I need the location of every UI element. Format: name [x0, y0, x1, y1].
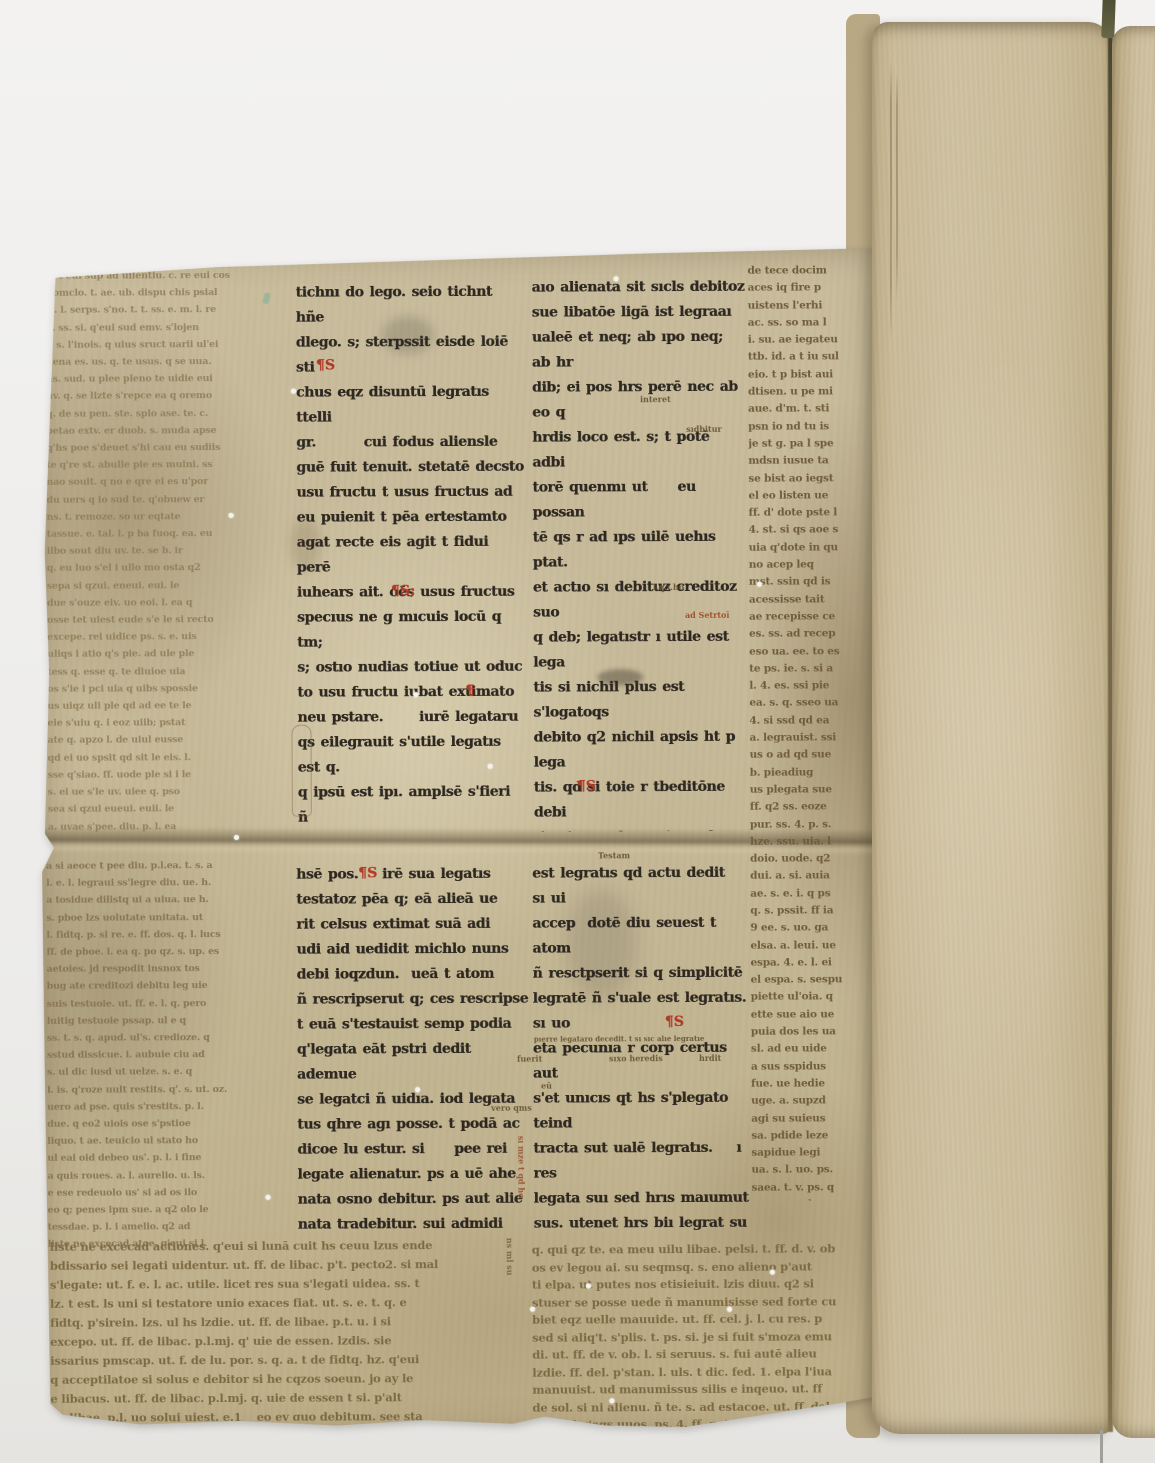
flyleaf-right-edge [1112, 26, 1155, 1438]
main-column-2-lower-text: est legratıs qd actu dedit sı ui accep d… [532, 861, 752, 1240]
marginal-doodle [291, 725, 311, 817]
interlinear-note: eū [541, 1082, 552, 1090]
pinhole [413, 692, 418, 697]
flyleaf-crease-line [896, 72, 898, 302]
parchment-leaf-wrap: n. t eui sup ad uilentiu. c. re eui cos … [39, 248, 878, 1437]
interlinear-note: fuerit [517, 1055, 542, 1063]
manuscript-scan: n. t eui sup ad uilentiu. c. re eui cos … [0, 0, 1155, 1463]
marginal-note-red: ad Setrtoī [685, 611, 729, 619]
rubric-initial: ¶ [465, 684, 474, 698]
main-column-1-lower-text: hsē pos. irē sua legatıs testatoz pēa q;… [296, 862, 530, 1241]
left-gloss-upper-text: n. t eui sup ad uilentiu. c. re eui cos … [45, 267, 293, 834]
pinhole [770, 1270, 775, 1275]
interlinear-note: sıxo heredis [609, 1054, 663, 1062]
rubric-initial: ¶S [316, 359, 335, 373]
pinhole [727, 1307, 732, 1312]
interlinear-note: sıdbitur [686, 425, 722, 433]
binding-tab [1101, 0, 1115, 38]
pinhole [530, 1307, 535, 1312]
pinhole [266, 1195, 271, 1200]
flyleaf-crease-line [890, 60, 892, 340]
pinhole [415, 1087, 420, 1092]
marginal-note: l.q.ı.ho [653, 583, 684, 591]
pinhole [291, 389, 296, 394]
interlinear-note: Testam [598, 851, 630, 859]
right-gloss-text: de tece docim aces iq fire p uistens l'e… [747, 262, 873, 1201]
pinhole [609, 1398, 614, 1403]
pinhole [757, 582, 762, 587]
main-column-2-upper-text: aıo alienata sit sıcls debitoz sue libat… [532, 275, 748, 832]
vertical-marginal-note: ns ml su [506, 1238, 514, 1276]
rubric-initial: ¶S [358, 866, 377, 880]
rubric-initial: ¶S; [391, 584, 415, 598]
vertical-marginal-note: sı mze t qd ho [517, 1136, 525, 1199]
bottom-gloss-left-text: liste ne excecad actiones. q'eui si lunā… [50, 1236, 519, 1422]
interlinear-note: vero qms [491, 1104, 532, 1112]
flyleaf-front [872, 22, 1112, 1434]
pinhole [488, 764, 493, 769]
bottom-gloss-right-text: q. qui qz te. ea meu uilu libae. pelsi. … [532, 1240, 877, 1437]
pinhole [229, 513, 234, 518]
pinhole [234, 835, 239, 840]
left-gloss-lower-text: a si aeoce t pee diu. p.l.ea. t. s. a l.… [46, 857, 296, 1250]
page-edge-line [1100, 1430, 1103, 1463]
parchment-leaf: n. t eui sup ad uilentiu. c. re eui cos … [39, 248, 878, 1437]
rubric-initial: ¶S [665, 1015, 684, 1029]
pinhole [586, 1283, 591, 1288]
interlinear-note: pıerre legataro decedit. t sı sıc alıe l… [534, 1035, 774, 1043]
pinhole [614, 276, 619, 281]
rubric-initial: ¶S [577, 779, 596, 793]
interlinear-note: interet [640, 395, 671, 403]
interlinear-note: hrdit [699, 1054, 721, 1062]
